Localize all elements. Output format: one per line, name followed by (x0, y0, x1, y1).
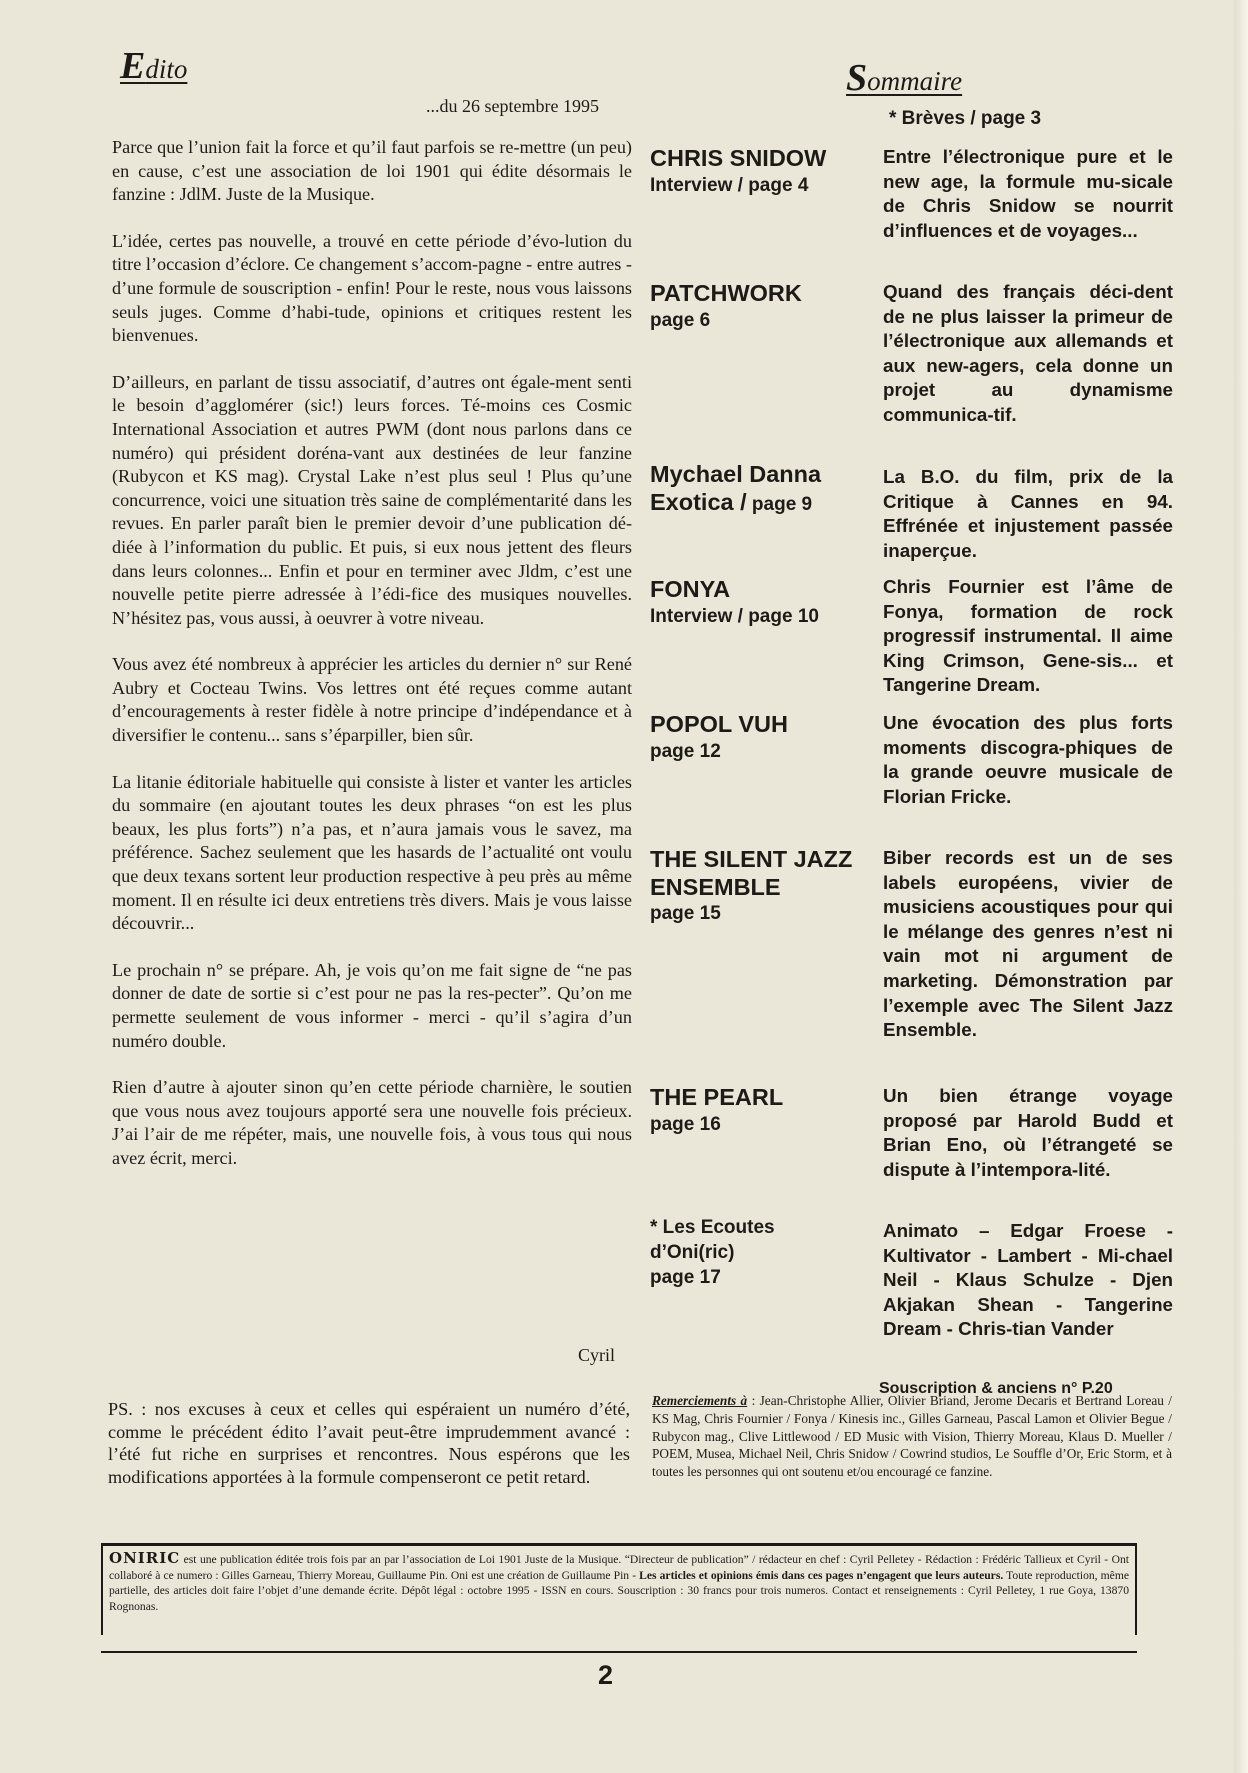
toc-title: Mychael Danna (650, 459, 870, 489)
edito-paragraph: Parce que l’union fait la force et qu’il… (112, 136, 632, 207)
edito-body: Parce que l’union fait la force et qu’il… (112, 136, 632, 1194)
remerciements-lead: Remerciements à (652, 1393, 747, 1408)
page-number: 2 (598, 1660, 613, 1691)
edito-paragraph: L’idée, certes pas nouvelle, a trouvé en… (112, 230, 632, 348)
edito-heading: Edito (120, 44, 187, 88)
toc-item-description: Un bien étrange voyage proposé par Harol… (883, 1084, 1173, 1182)
toc-title: THE SILENT JAZZ ENSEMBLE (650, 845, 890, 901)
edito-date: ...du 26 septembre 1995 (426, 96, 599, 117)
oniric-logo: ONIRIC (109, 1549, 180, 1567)
toc-page: page 17 (650, 1265, 800, 1290)
toc-item-title: POPOL VUH page 12 (650, 709, 870, 765)
sommaire-heading-rest: ommaire (867, 66, 962, 96)
toc-breves: * Brèves / page 3 (889, 108, 1041, 130)
toc-item-description: Une évocation des plus forts moments dis… (883, 711, 1173, 809)
toc-item-description: Animato – Edgar Froese - Kultivator - La… (883, 1219, 1173, 1342)
toc-item-description: Chris Fournier est l’âme de Fonya, forma… (883, 575, 1173, 698)
toc-item-title: CHRIS SNIDOW Interview / page 4 (650, 143, 870, 199)
edito-postscript: PS. : nos excuses à ceux et celles qui e… (108, 1398, 630, 1488)
toc-title: FONYA (650, 574, 870, 604)
edito-paragraph: Le prochain n° se prépare. Ah, je vois q… (112, 959, 632, 1053)
toc-item-description: Entre l’électronique pure et le new age,… (883, 145, 1173, 243)
toc-item-title: Mychael Danna Exotica / page 9 (650, 459, 870, 518)
toc-page: page 6 (650, 308, 870, 334)
colophon-box: ONIRIC est une publication éditée trois … (101, 1543, 1137, 1635)
toc-item-title: PATCHWORK page 6 (650, 278, 870, 334)
toc-item-title: * Les Ecoutes d’Oni(ric) page 17 (650, 1215, 800, 1290)
toc-page: page 12 (650, 739, 870, 765)
sommaire-heading-cap: S (846, 57, 867, 99)
edito-paragraph: La litanie éditoriale habituelle qui con… (112, 771, 632, 936)
toc-page: Interview / page 4 (650, 173, 870, 199)
divider (101, 1651, 1137, 1653)
toc-title: PATCHWORK (650, 278, 870, 308)
toc-title: CHRIS SNIDOW (650, 143, 870, 173)
toc-item-description: La B.O. du film, prix de la Critique à C… (883, 465, 1173, 563)
toc-page: Interview / page 10 (650, 604, 870, 630)
toc-title: POPOL VUH (650, 709, 870, 739)
toc-page: page 16 (650, 1112, 870, 1138)
toc-item-title: FONYA Interview / page 10 (650, 574, 870, 630)
colophon-disclaimer: Les articles et opinions émis dans ces p… (639, 1569, 1003, 1582)
toc-page: page 9 (747, 494, 812, 515)
edito-signature: Cyril (578, 1345, 615, 1366)
toc-item-description: Biber records est un de ses labels europ… (883, 846, 1173, 1043)
edito-paragraph: Rien d’autre à ajouter sinon qu’en cette… (112, 1076, 632, 1170)
toc-title: THE PEARL (650, 1082, 870, 1112)
edito-paragraph: D’ailleurs, en parlant de tissu associat… (112, 371, 632, 631)
toc-item-title: THE PEARL page 16 (650, 1082, 870, 1138)
toc-page: page 15 (650, 901, 890, 927)
edito-heading-cap: E (120, 45, 145, 87)
toc-subtitle: Exotica / (650, 489, 747, 515)
toc-title: * Les Ecoutes d’Oni(ric) (650, 1215, 800, 1265)
page-edge (1234, 0, 1248, 1773)
toc-item-title: THE SILENT JAZZ ENSEMBLE page 15 (650, 845, 890, 927)
remerciements: Remerciements à : Jean-Christophe Allier… (652, 1392, 1172, 1481)
edito-heading-rest: dito (145, 54, 187, 84)
edito-paragraph: Vous avez été nombreux à apprécier les a… (112, 653, 632, 747)
toc-item-description: Quand des français déci-dent de ne plus … (883, 280, 1173, 428)
sommaire-heading: Sommaire (846, 56, 962, 100)
